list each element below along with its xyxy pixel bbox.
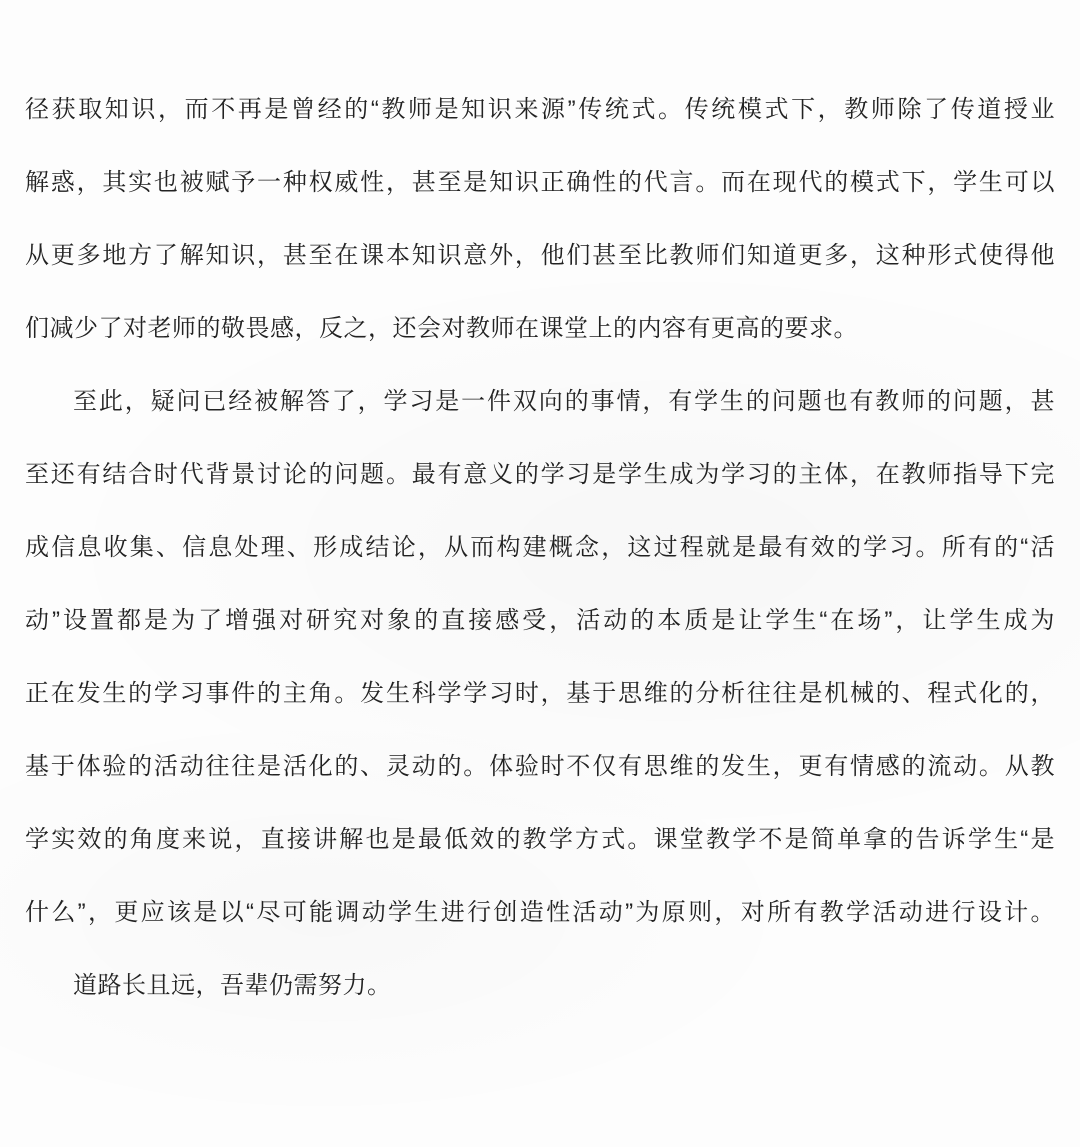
text-line: 从更多地方了解知识，甚至在课本知识意外，他们甚至比教师们知道更多，这种形式使得他	[25, 219, 1055, 292]
text-line: 成信息收集、信息处理、形成结论，从而构建概念，这过程就是最有效的学习。所有的“活	[25, 511, 1055, 584]
text-line: 正在发生的学习事件的主角。发生科学学习时，基于思维的分析往往是机械的、程式化的，	[25, 657, 1055, 730]
text-line: 径获取知识，而不再是曾经的“教师是知识来源”传统式。传统模式下，教师除了传道授业	[25, 73, 1055, 146]
text-line: 动”设置都是为了增强对研究对象的直接感受，活动的本质是让学生“在场”，让学生成为	[25, 584, 1055, 657]
document-body: 径获取知识，而不再是曾经的“教师是知识来源”传统式。传统模式下，教师除了传道授业…	[25, 73, 1055, 1022]
text-line: 至还有结合时代背景讨论的问题。最有意义的学习是学生成为学习的主体，在教师指导下完	[25, 438, 1055, 511]
text-line: 们减少了对老师的敬畏感，反之，还会对教师在课堂上的内容有更高的要求。	[25, 292, 1055, 365]
text-line: 什么”，更应该是以“尽可能调动学生进行创造性活动”为原则，对所有教学活动进行设计…	[25, 876, 1055, 949]
document-page: 径获取知识，而不再是曾经的“教师是知识来源”传统式。传统模式下，教师除了传道授业…	[0, 0, 1080, 1147]
text-line: 基于体验的活动往往是活化的、灵动的。体验时不仅有思维的发生，更有情感的流动。从教	[25, 730, 1055, 803]
text-line: 学实效的角度来说，直接讲解也是最低效的教学方式。课堂教学不是简单拿的告诉学生“是	[25, 803, 1055, 876]
text-line: 至此，疑问已经被解答了，学习是一件双向的事情，有学生的问题也有教师的问题，甚	[25, 365, 1055, 438]
text-line: 解惑，其实也被赋予一种权威性，甚至是知识正确性的代言。而在现代的模式下，学生可以	[25, 146, 1055, 219]
text-line: 道路长且远，吾辈仍需努力。	[25, 949, 1055, 1022]
